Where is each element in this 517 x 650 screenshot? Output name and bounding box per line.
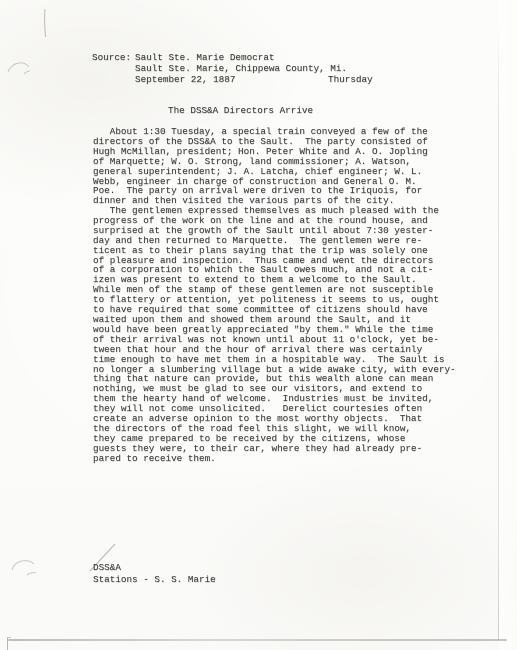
scan-bottom-left-corner-mark xyxy=(7,637,11,650)
source-date: September 22, 1887 xyxy=(135,74,235,85)
article-paragraph-1: About 1:30 Tuesday, a special train conv… xyxy=(93,127,428,206)
article-title: The DSS&A Directors Arrive xyxy=(168,106,313,116)
scan-right-paper-edge xyxy=(498,28,499,640)
source-location: Sault Ste. Marie, Chippewa County, Mi. xyxy=(135,63,347,74)
scan-bottom-paper-edge xyxy=(8,639,507,641)
scan-right-margin-light xyxy=(499,0,517,650)
pencil-vertical-stroke-mark xyxy=(40,8,52,38)
pencil-arc-mark-bottom xyxy=(10,556,38,582)
source-weekday: Thursday xyxy=(328,74,373,85)
source-publication: Sault Ste. Marie Democrat xyxy=(135,52,274,63)
source-label: Source: xyxy=(92,52,131,63)
article-paragraph-2: The gentlemen expressed themselves as mu… xyxy=(93,206,456,464)
scanned-document-page: Source: Sault Ste. Marie Democrat Sault … xyxy=(0,0,517,650)
pencil-arc-mark-top xyxy=(6,58,32,80)
footer-stations-note: Stations - S. S. Marie xyxy=(93,575,216,585)
footer-railroad-abbreviation: DSS&A xyxy=(93,563,121,573)
